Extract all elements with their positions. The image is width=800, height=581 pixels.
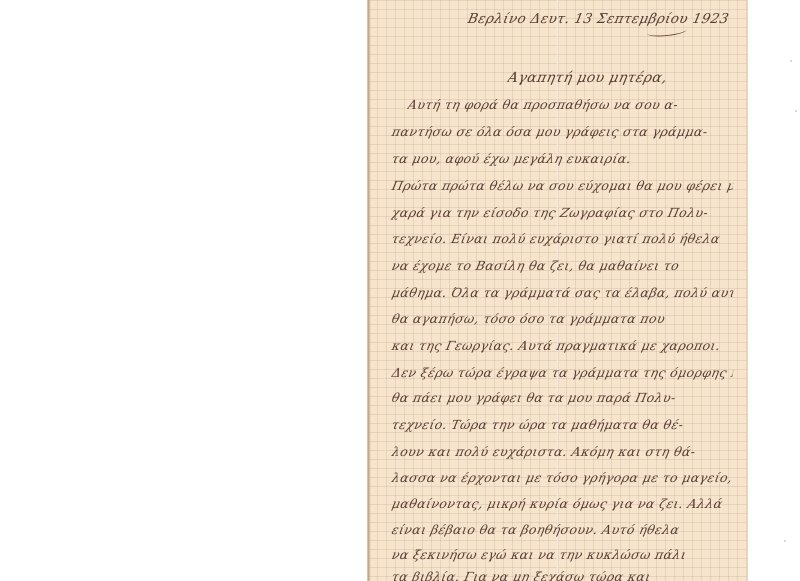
letter-salutation: Αγαπητή μου μητέρα, xyxy=(506,68,735,88)
body-line: τεχνείο. Είναι πολύ ευχάριστο γιατί πολύ… xyxy=(390,229,735,249)
body-line: να έχομε το Βασίλη θα ζει, θα μαθαίνει τ… xyxy=(390,256,735,276)
scan-speck xyxy=(784,540,786,542)
body-line: μαθαίνοντας, μικρή κυρία όμως για να ζει… xyxy=(390,494,735,514)
letter-page: Βερλίνο Δευτ. 13 Σεπτεμβρίου 1923 Αγαπητ… xyxy=(368,0,747,581)
body-line: Δεν ξέρω τώρα έγραψα τα γράμματα της όμο… xyxy=(390,363,735,383)
body-line: είναι βέβαιο θα τα βοηθήσουν. Αυτό ήθελα xyxy=(390,520,735,540)
scan-speck xyxy=(795,110,797,112)
scan-speck xyxy=(790,60,792,62)
body-line: Αυτή τη φορά θα προσπαθήσω να σου α- xyxy=(406,95,735,115)
body-line: Πρώτα πρώτα θέλω να σου εύχομαι θα μου φ… xyxy=(390,176,735,196)
body-line: να ξεκινήσω εγώ και να την κυκλώσω πάλι xyxy=(390,545,735,565)
body-line: παντήσω σε όλα όσα μου γράφεις στα γράμμ… xyxy=(390,122,735,142)
body-line: τα μου, αφού έχω μεγάλη ευκαιρία. xyxy=(390,149,735,169)
body-line: θα αγαπήσω, τόσο όσο τα γράμματα που xyxy=(390,309,735,329)
body-line: λουν και πολύ ευχάριστα. Ακόμη και στη θ… xyxy=(390,442,735,462)
body-line: τα βιβλία. Για να μη ξεχάσω τώρα και xyxy=(390,567,735,581)
letter-date: Βερλίνο Δευτ. 13 Σεπτεμβρίου 1923 xyxy=(466,9,731,29)
body-line: θα πάει μου γράφει θα τα μου παρά Πολυ- xyxy=(390,388,735,408)
body-line: τεχνείο. Τώρα την ώρα τα μαθήματα θα θέ- xyxy=(390,415,735,435)
body-line: και της Γεωργίας. Αυτά πραγματικά με χαρ… xyxy=(390,336,735,356)
body-line: μάθημα. Όλα τα γράμματά σας τα έλαβα, πο… xyxy=(390,283,735,303)
body-line: λασσα να έρχονται με τόσο γρήγορα με το … xyxy=(390,468,735,488)
body-line: χαρά για την είσοδο της Ζωγραφίας στο Πο… xyxy=(390,203,735,223)
